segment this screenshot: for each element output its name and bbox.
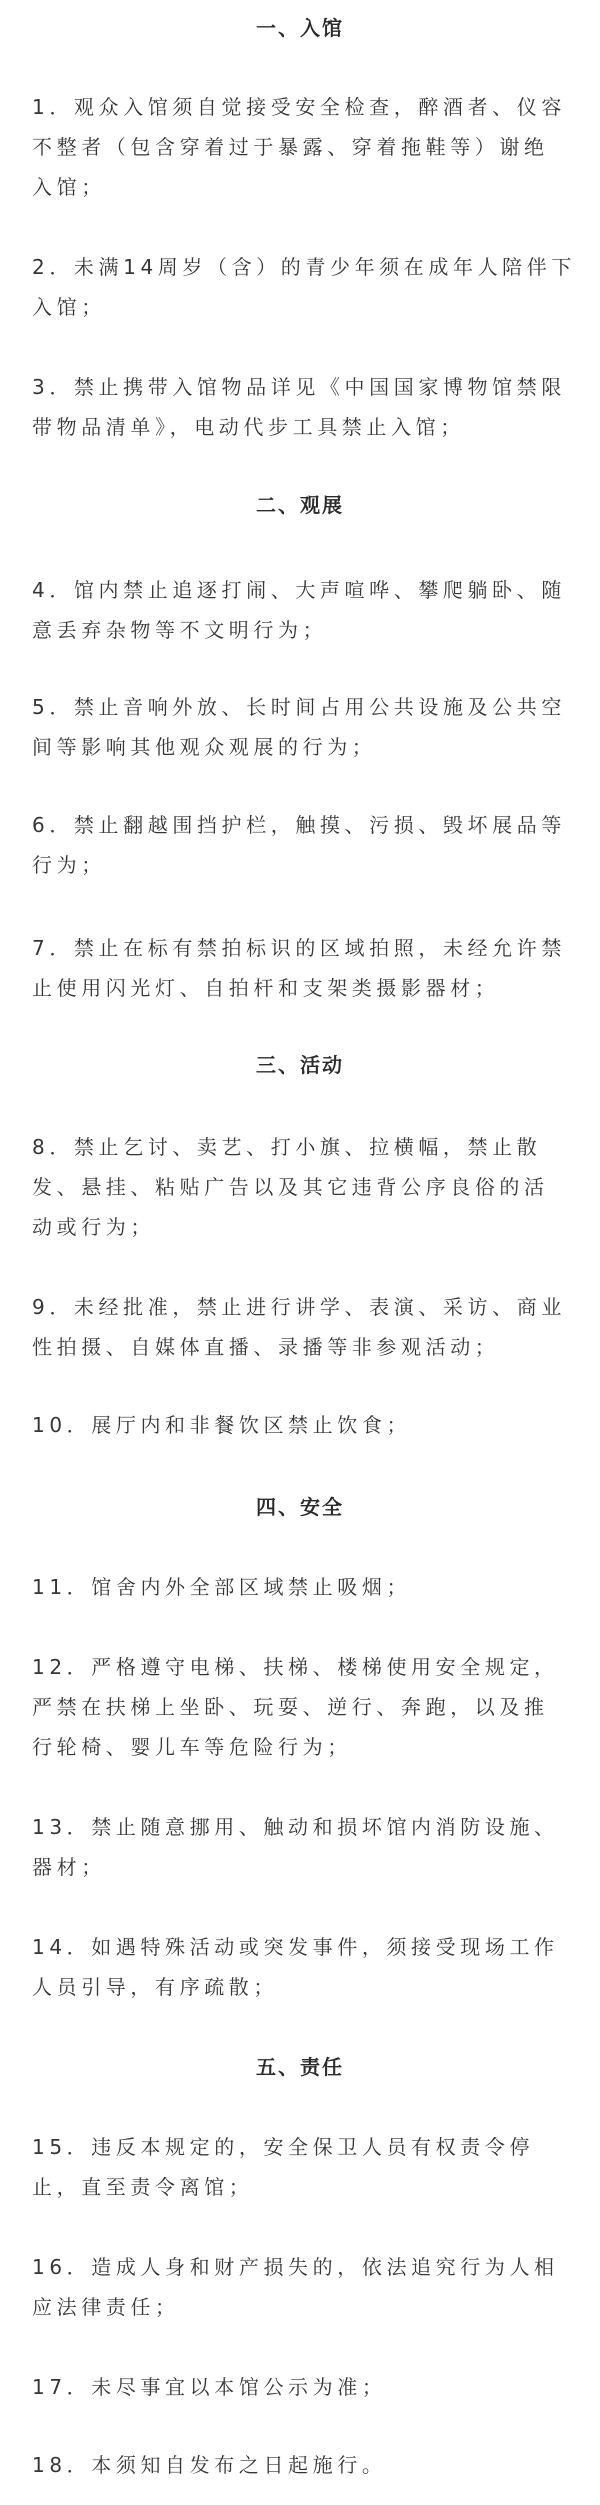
rule-line: 5．禁止音响外放、长时间占用公共设施及公共空 bbox=[32, 687, 572, 727]
rule-item-1: 1．观众入馆须自觉接受安全检查，醉酒者、仪容 不整者（包含穿着过于暴露、穿着拖鞋… bbox=[32, 87, 572, 207]
section-heading-safety: 四、安全 bbox=[0, 1487, 600, 1527]
rule-line: 意丢弃杂物等不文明行为； bbox=[32, 610, 572, 650]
rule-item-17: 17．未尽事宜以本馆公示为准； bbox=[32, 2367, 572, 2407]
rule-item-3: 3．禁止携带入馆物品详见《中国国家博物馆禁限 带物品清单》，电动代步工具禁止入馆… bbox=[32, 367, 572, 447]
rule-item-11: 11．馆舍内外全部区域禁止吸烟； bbox=[32, 1567, 572, 1607]
rule-line: 1．观众入馆须自觉接受安全检查，醉酒者、仪容 bbox=[32, 87, 572, 127]
rule-line: 15．违反本规定的，安全保卫人员有权责令停 bbox=[32, 2127, 572, 2167]
rule-line: 8．禁止乞讨、卖艺、打小旗、拉横幅，禁止散 bbox=[32, 1127, 572, 1167]
rule-item-10: 10．展厅内和非餐饮区禁止饮食； bbox=[32, 1405, 572, 1445]
rule-line: 14．如遇特殊活动或突发事件，须接受现场工作 bbox=[32, 1927, 572, 1967]
rule-line: 9．未经批准，禁止进行讲学、表演、采访、商业 bbox=[32, 1287, 572, 1327]
rule-line: 行轮椅、婴儿车等危险行为； bbox=[32, 1727, 572, 1767]
rule-line: 性拍摄、自媒体直播、录播等非参观活动； bbox=[32, 1327, 572, 1367]
rule-line: 17．未尽事宜以本馆公示为准； bbox=[32, 2367, 572, 2407]
rule-item-14: 14．如遇特殊活动或突发事件，须接受现场工作 人员引导，有序疏散； bbox=[32, 1927, 572, 2007]
rule-line: 4．馆内禁止追逐打闹、大声喧哗、攀爬躺卧、随 bbox=[32, 570, 572, 610]
rule-item-6: 6．禁止翻越围挡护栏，触摸、污损、毁坏展品等 行为； bbox=[32, 805, 572, 885]
rule-item-7: 7．禁止在标有禁拍标识的区域拍照，未经允许禁 止使用闪光灯、自拍杆和支架类摄影器… bbox=[32, 928, 572, 1008]
rule-line: 发、悬挂、粘贴广告以及其它违背公序良俗的活 bbox=[32, 1167, 572, 1207]
rule-line: 10．展厅内和非餐饮区禁止饮食； bbox=[32, 1405, 572, 1445]
rule-item-16: 16．造成人身和财产损失的，依法追究行为人相 应法律责任； bbox=[32, 2247, 572, 2327]
section-heading-responsibility: 五、责任 bbox=[0, 2047, 600, 2087]
rule-line: 带物品清单》，电动代步工具禁止入馆； bbox=[32, 407, 572, 447]
rule-line: 入馆； bbox=[32, 287, 572, 327]
rule-line: 12．严格遵守电梯、扶梯、楼梯使用安全规定， bbox=[32, 1647, 572, 1687]
rule-line: 2．未满14周岁（含）的青少年须在成年人陪伴下 bbox=[32, 247, 572, 287]
rule-line: 11．馆舍内外全部区域禁止吸烟； bbox=[32, 1567, 572, 1607]
section-heading-activities: 三、活动 bbox=[0, 1045, 600, 1085]
rule-line: 止，直至责令离馆； bbox=[32, 2167, 572, 2207]
rule-item-12: 12．严格遵守电梯、扶梯、楼梯使用安全规定， 严禁在扶梯上坐卧、玩耍、逆行、奔跑… bbox=[32, 1647, 572, 1767]
rule-line: 3．禁止携带入馆物品详见《中国国家博物馆禁限 bbox=[32, 367, 572, 407]
rule-line: 7．禁止在标有禁拍标识的区域拍照，未经允许禁 bbox=[32, 928, 572, 968]
rule-line: 严禁在扶梯上坐卧、玩耍、逆行、奔跑，以及推 bbox=[32, 1687, 572, 1727]
rule-line: 行为； bbox=[32, 845, 572, 885]
rule-item-5: 5．禁止音响外放、长时间占用公共设施及公共空 间等影响其他观众观展的行为； bbox=[32, 687, 572, 767]
rule-line: 止使用闪光灯、自拍杆和支架类摄影器材； bbox=[32, 968, 572, 1008]
rule-line: 13．禁止随意挪用、触动和损坏馆内消防设施、 bbox=[32, 1807, 572, 1847]
rule-line: 6．禁止翻越围挡护栏，触摸、污损、毁坏展品等 bbox=[32, 805, 572, 845]
rule-line: 动或行为； bbox=[32, 1207, 572, 1247]
rule-line: 入馆； bbox=[32, 167, 572, 207]
section-heading-viewing: 二、观展 bbox=[0, 485, 600, 525]
rule-item-2: 2．未满14周岁（含）的青少年须在成年人陪伴下 入馆； bbox=[32, 247, 572, 327]
rule-line: 18．本须知自发布之日起施行。 bbox=[32, 2445, 572, 2485]
rule-line: 16．造成人身和财产损失的，依法追究行为人相 bbox=[32, 2247, 572, 2287]
rule-line: 应法律责任； bbox=[32, 2287, 572, 2327]
rule-line: 不整者（包含穿着过于暴露、穿着拖鞋等）谢绝 bbox=[32, 127, 572, 167]
rule-item-4: 4．馆内禁止追逐打闹、大声喧哗、攀爬躺卧、随 意丢弃杂物等不文明行为； bbox=[32, 570, 572, 650]
rule-item-8: 8．禁止乞讨、卖艺、打小旗、拉横幅，禁止散 发、悬挂、粘贴广告以及其它违背公序良… bbox=[32, 1127, 572, 1247]
rule-line: 间等影响其他观众观展的行为； bbox=[32, 727, 572, 767]
rule-item-18: 18．本须知自发布之日起施行。 bbox=[32, 2445, 572, 2485]
rule-line: 人员引导，有序疏散； bbox=[32, 1967, 572, 2007]
section-heading-entry: 一、入馆 bbox=[0, 8, 600, 48]
rule-item-13: 13．禁止随意挪用、触动和损坏馆内消防设施、 器材； bbox=[32, 1807, 572, 1887]
rule-item-15: 15．违反本规定的，安全保卫人员有权责令停 止，直至责令离馆； bbox=[32, 2127, 572, 2207]
rule-item-9: 9．未经批准，禁止进行讲学、表演、采访、商业 性拍摄、自媒体直播、录播等非参观活… bbox=[32, 1287, 572, 1367]
rule-line: 器材； bbox=[32, 1847, 572, 1887]
